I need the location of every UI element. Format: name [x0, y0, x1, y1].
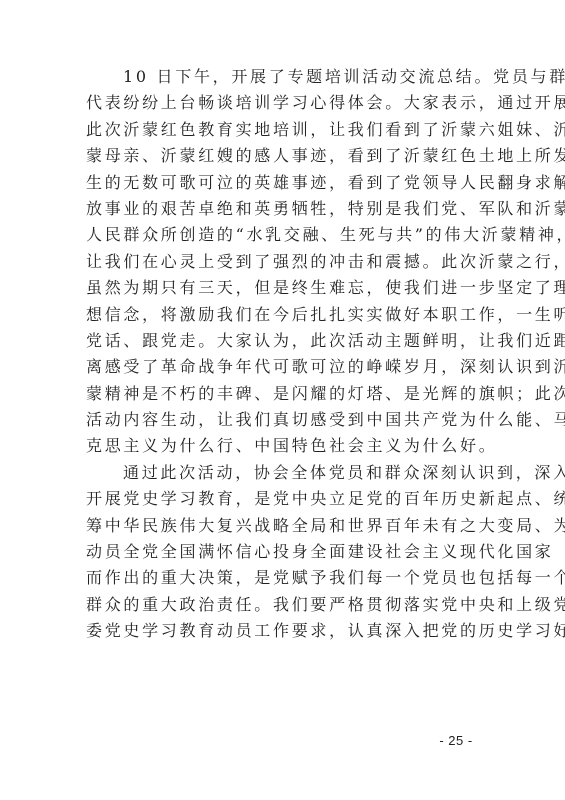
text-line: 开展党史学习教育，是党中央立足党的百年历史新起点、统 — [86, 486, 486, 512]
paragraph-2: 通过此次活动，协会全体党员和群众深刻认识到，深入 开展党史学习教育，是党中央立足… — [86, 460, 486, 645]
text-line: 想信念，将激励我们在今后扎扎实实做好本职工作，一生听 — [86, 302, 486, 328]
text-line: 代表纷纷上台畅谈培训学习心得体会。大家表示，通过开展 — [86, 90, 486, 116]
page-number: - 25 - — [436, 733, 476, 748]
text-line: 让我们在心灵上受到了强烈的冲击和震撼。此次沂蒙之行， — [86, 249, 486, 275]
text-line: 生的无数可歌可泣的英雄事迹，看到了党领导人民翻身求解 — [86, 170, 486, 196]
text-line: 离感受了革命战争年代可歌可泣的峥嵘岁月，深刻认识到沂 — [86, 354, 486, 380]
text-line: 动员全党全国满怀信心投身全面建设社会主义现代化国家 — [86, 539, 486, 565]
text-line: 群众的重大政治责任。我们要严格贯彻落实党中央和上级党 — [86, 592, 486, 618]
text-line: 克思主义为什么行、中国特色社会主义为什么好。 — [86, 433, 486, 459]
text-line: 人民群众所创造的“水乳交融、生死与共”的伟大沂蒙精神， — [86, 222, 486, 248]
text-line: 委党史学习教育动员工作要求，认真深入把党的历史学习好、 — [86, 618, 486, 644]
paragraph-1: 10 日下午，开展了专题培训活动交流总结。党员与群众 代表纷纷上台畅谈培训学习心… — [86, 64, 486, 460]
body-text: 10 日下午，开展了专题培训活动交流总结。党员与群众 代表纷纷上台畅谈培训学习心… — [86, 64, 486, 645]
text-line: 放事业的艰苦卓绝和英勇牺牲，特别是我们党、军队和沂蒙 — [86, 196, 486, 222]
text-line: 通过此次活动，协会全体党员和群众深刻认识到，深入 — [86, 460, 486, 486]
text-line: 党话、跟党走。大家认为，此次活动主题鲜明，让我们近距 — [86, 328, 486, 354]
text-line: 此次沂蒙红色教育实地培训，让我们看到了沂蒙六姐妹、沂 — [86, 117, 486, 143]
document-page: 10 日下午，开展了专题培训活动交流总结。党员与群众 代表纷纷上台畅谈培训学习心… — [0, 0, 565, 800]
text-line: 活动内容生动，让我们真切感受到中国共产党为什么能、马 — [86, 407, 486, 433]
text-line: 而作出的重大决策，是党赋予我们每一个党员也包括每一个 — [86, 565, 486, 591]
text-line: 蒙精神是不朽的丰碑、是闪耀的灯塔、是光辉的旗帜；此次 — [86, 381, 486, 407]
text-line: 虽然为期只有三天，但是终生难忘，使我们进一步坚定了理 — [86, 275, 486, 301]
text-line: 蒙母亲、沂蒙红嫂的感人事迹，看到了沂蒙红色土地上所发 — [86, 143, 486, 169]
text-line: 筹中华民族伟大复兴战略全局和世界百年未有之大变局、为 — [86, 513, 486, 539]
text-line: 10 日下午，开展了专题培训活动交流总结。党员与群众 — [86, 64, 486, 90]
